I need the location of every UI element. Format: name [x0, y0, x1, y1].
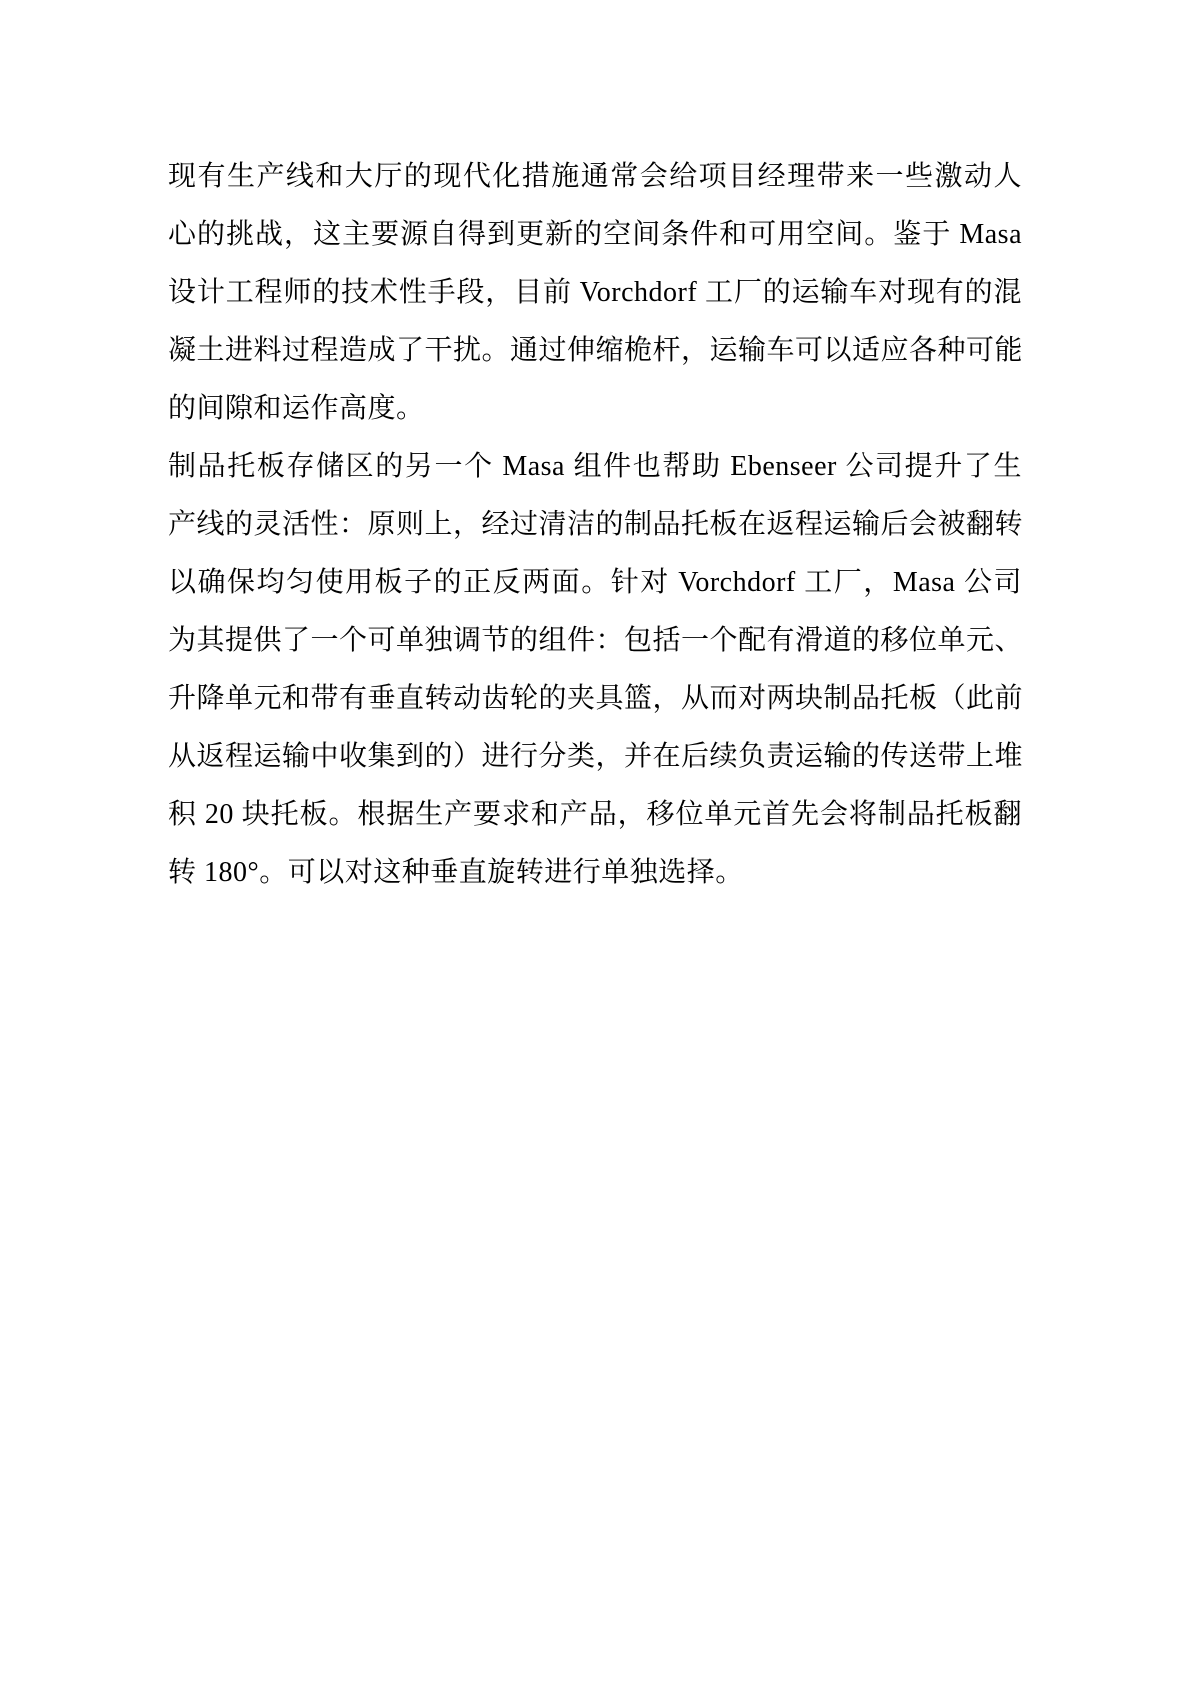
- text-line: 积 20 块托板。根据生产要求和产品，移位单元首先会将制品托板翻: [168, 786, 1022, 844]
- text-line: 为其提供了一个可单独调节的组件：包括一个配有滑道的移位单元、: [168, 612, 1022, 670]
- text-line: 凝土进料过程造成了干扰。通过伸缩桅杆，运输车可以适应各种可能: [168, 322, 1022, 380]
- text-line: 现有生产线和大厅的现代化措施通常会给项目经理带来一些激动人: [168, 148, 1022, 206]
- text-line: 从返程运输中收集到的）进行分类，并在后续负责运输的传送带上堆: [168, 728, 1022, 786]
- text-line: 的间隙和运作高度。: [168, 380, 1022, 438]
- text-line: 产线的灵活性：原则上，经过清洁的制品托板在返程运输后会被翻转，: [168, 496, 1022, 554]
- text-line: 升降单元和带有垂直转动齿轮的夹具篮，从而对两块制品托板（此前: [168, 670, 1022, 728]
- document-page: 现有生产线和大厅的现代化措施通常会给项目经理带来一些激动人 心的挑战，这主要源自…: [0, 0, 1190, 1683]
- text-line: 制品托板存储区的另一个 Masa 组件也帮助 Ebenseer 公司提升了生: [168, 438, 1022, 496]
- text-line: 心的挑战，这主要源自得到更新的空间条件和可用空间。鉴于 Masa: [168, 206, 1022, 264]
- text-line: 设计工程师的技术性手段，目前 Vorchdorf 工厂的运输车对现有的混: [168, 264, 1022, 322]
- paragraph-1: 现有生产线和大厅的现代化措施通常会给项目经理带来一些激动人 心的挑战，这主要源自…: [168, 148, 1022, 438]
- paragraph-2: 制品托板存储区的另一个 Masa 组件也帮助 Ebenseer 公司提升了生 产…: [168, 438, 1022, 902]
- article-body: 现有生产线和大厅的现代化措施通常会给项目经理带来一些激动人 心的挑战，这主要源自…: [168, 148, 1022, 902]
- text-line: 转 180°。可以对这种垂直旋转进行单独选择。: [168, 844, 1022, 902]
- text-line: 以确保均匀使用板子的正反两面。针对 Vorchdorf 工厂，Masa 公司: [168, 554, 1022, 612]
